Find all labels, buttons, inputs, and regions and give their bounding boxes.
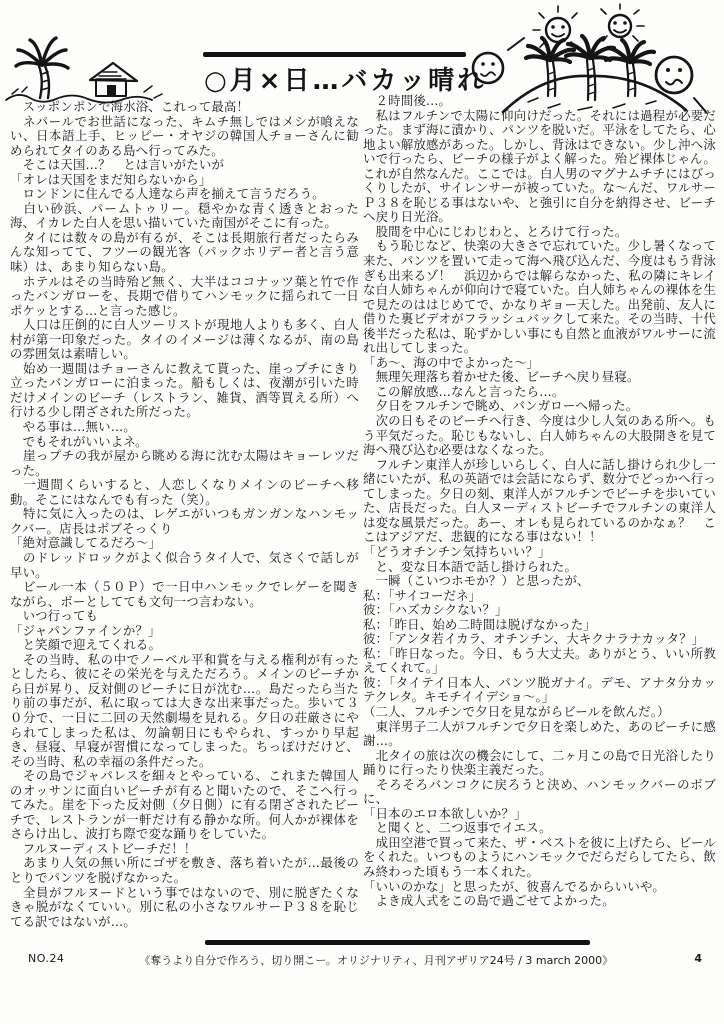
paragraph: その島でジャパレスを細々とやっている、これまた韓国人のオッサンに面白いビーチが有… (10, 769, 359, 842)
palm-tree-and-hut-sketch (4, 28, 166, 106)
paragraph: 私：「昨日、始め二時間は脱げなかった」 (363, 618, 716, 633)
paragraph: 彼：「タイテイ日本人、パンツ脱ガナイ。デモ、アナタ分カッテクレタ。キモチイイデシ… (363, 676, 716, 705)
paragraph: よき成人式をこの島で過ごせてよかった。 (363, 894, 716, 909)
paragraph: 夕日をフルチンで眺め、バンガローへ帰った。 (363, 399, 716, 414)
paragraph: 股間を中心にじわじわと、とろけて行った。 (363, 225, 716, 240)
paragraph: ロンドンに住んでる人達なら声を揃えて言うだろう。 (10, 187, 359, 202)
page-number: 4 (694, 952, 702, 965)
paragraph: （二人、フルチンで夕日を見ながらビールを飲んだ。） (363, 705, 716, 720)
issue-number: NO.24 (28, 952, 64, 965)
paragraph: ２時間後…。 (363, 94, 716, 109)
paragraph: ホテルはその当時殆ど無く、大半はココナッツ葉と竹で作ったバンガローを、長期で借り… (10, 275, 359, 319)
paragraph: 東洋男子二人がフルチンで夕日を楽しめた、あのビーチに感謝…。 (363, 720, 716, 749)
paragraph: 無理矢理落ち着かせた後、ビーチへ戻り昼寝。 (363, 370, 716, 385)
paragraph: そろそろバンコクに戻ろうと決め、ハンモックバーのボブに、 (363, 778, 716, 807)
paragraph: スッポンポンで海水浴、これって最高！ (10, 100, 359, 115)
article-left-column: スッポンポンで海水浴、これって最高！ ネパールでお世話になった、キムチ無しではメ… (10, 100, 359, 929)
paragraph: と聞くと、二つ返事でイエス。 (363, 821, 716, 836)
paragraph: 北タイの旅は次の機会にして、二ヶ月この島で日光浴したり踊りに行ったり快楽主義だっ… (363, 749, 716, 778)
page-footer: NO.24 《奪うより自分で作ろう、切り開こー。オリジナリティ、月刊アザリア24… (0, 952, 724, 972)
paragraph: 私：「昨日なった。今日、もう大丈夫。ありがとう、いい所教えてくれて。」 (363, 647, 716, 676)
paragraph: と笑顔で迎えてくれる。 (10, 638, 359, 653)
paragraph: 私：「サイコーだネ」 (363, 589, 716, 604)
paragraph: 次の日もそのビーチへ行き、今度は少し人気のある所へ。もう平気だった。恥じもないし… (363, 414, 716, 458)
paragraph: この解放感…なんと言ったら…。 (363, 385, 716, 400)
paragraph: 白い砂浜、パームトゥリー。穏やかな青く透きとおった海、イカレた白人を思い描いてい… (10, 202, 359, 231)
paragraph: 「いいのかな」と思ったが、彼喜んでるからいいや。 (363, 880, 716, 895)
paragraph: あまり人気の無い所にゴザを敷き、落ち着いたが…最後のとりでパンツを脱げなかった。 (10, 856, 359, 885)
title-rule (203, 52, 466, 57)
paragraph: そこは天国…？ とは言いがたいが (10, 158, 359, 173)
paragraph: 始め一週間はチョーさんに教えて貰った、崖っプチにきり立ったバンガローに泊まった。… (10, 362, 359, 420)
paragraph: 全員がフルヌードという事ではないので、別に脱ぎたくなきゃ脱がなくていい。別に私の… (10, 886, 359, 930)
paragraph: ネパールでお世話になった、キムチ無しではメシが喰えない、日本語上手、ヒッピー・オ… (10, 115, 359, 159)
paragraph: 「どうオチンチン気持ちいい？」 (363, 545, 716, 560)
paragraph: その当時、私の中でノーベル平和賞を与える権利が有ったとしたら、彼にその栄光を与え… (10, 653, 359, 769)
footer-credit: 《奪うより自分で作ろう、切り開こー。オリジナリティ、月刊アザリア24号 / 3 … (139, 952, 613, 968)
paragraph: 「絶対意識してるだろ〜」 (10, 536, 359, 551)
paragraph: 一瞬（こいつホモか？）と思ったが、 (363, 574, 716, 589)
paragraph: 私はフルチンで太陽に仰向けだった。それには過程が必要だった。まず海に漬かり、パン… (363, 109, 716, 225)
paragraph: と、変な日本語で話し掛けられた。 (363, 560, 716, 575)
paragraph: 人口は圧倒的に白人ツーリストが現地人よりも多く、白人村が第一印象だった。タイのイ… (10, 318, 359, 362)
footer-rule (205, 940, 590, 945)
paragraph: 「ジャパンファインか？」 (10, 624, 359, 639)
paragraph: 「あ〜、海の中でよかった〜」 (363, 356, 716, 371)
paragraph: 「オレは天国をまだ知らないから」 (10, 173, 359, 188)
paragraph: のドレッドロックがよく似合うタイ人で、気さくで話しが早い。 (10, 551, 359, 580)
article-right-column: ２時間後…。 私はフルチンで太陽に仰向けだった。それには過程が必要だった。まず海… (363, 94, 716, 909)
page-title: ○月×日…バカッ晴れ (204, 60, 486, 97)
paragraph: 一週間くらいすると、人恋しくなりメインのビーチへ移動。そこにはなんでも有った（笑… (10, 478, 359, 507)
paragraph: フルヌーディストビーチだ！！ (10, 842, 359, 857)
paragraph: 崖っプチの我が屋から眺める海に沈む太陽はキョーレツだった。 (10, 449, 359, 478)
paragraph: タイには数々の島が有るが、そこは長期旅行者だったらみんな知ってて、フツーの観光客… (10, 231, 359, 275)
paragraph: フルチン東洋人が珍しいらしく、白人に話し掛けられ少し一緒にいたが、私の英語では会… (363, 458, 716, 545)
paragraph: 成田空港で買って来た、ザ・ベストを彼に上げたら、ビールをくれた。いつものようにハ… (363, 836, 716, 880)
paragraph: 彼：「アンタ若イカラ、オチンチン、大キクナラナカッタ？」 (363, 632, 716, 647)
paragraph: やる事は…無い…。 (10, 420, 359, 435)
paragraph: もう恥じなど、快楽の大きさで忘れていた。少し暑くなって来た、パンツを置いて走って… (363, 239, 716, 355)
paragraph: いつ行っても (10, 609, 359, 624)
paragraph: でもそれがいいよネ。 (10, 435, 359, 450)
zine-page: ○月×日…バカッ晴れ (0, 0, 724, 1024)
paragraph: ビール一本（５０Ｐ）で一日中ハンモックでレゲーを聞きながら、ボーとしてても文句一… (10, 580, 359, 609)
paragraph: 彼：「ハズカシクない？」 (363, 603, 716, 618)
paragraph: 特に気に入ったのは、レゲエがいつもガンガンなハンモックバー。店長はボブそっくり (10, 507, 359, 536)
paragraph: 「日本のエロ本欲しいか？」 (363, 807, 716, 822)
